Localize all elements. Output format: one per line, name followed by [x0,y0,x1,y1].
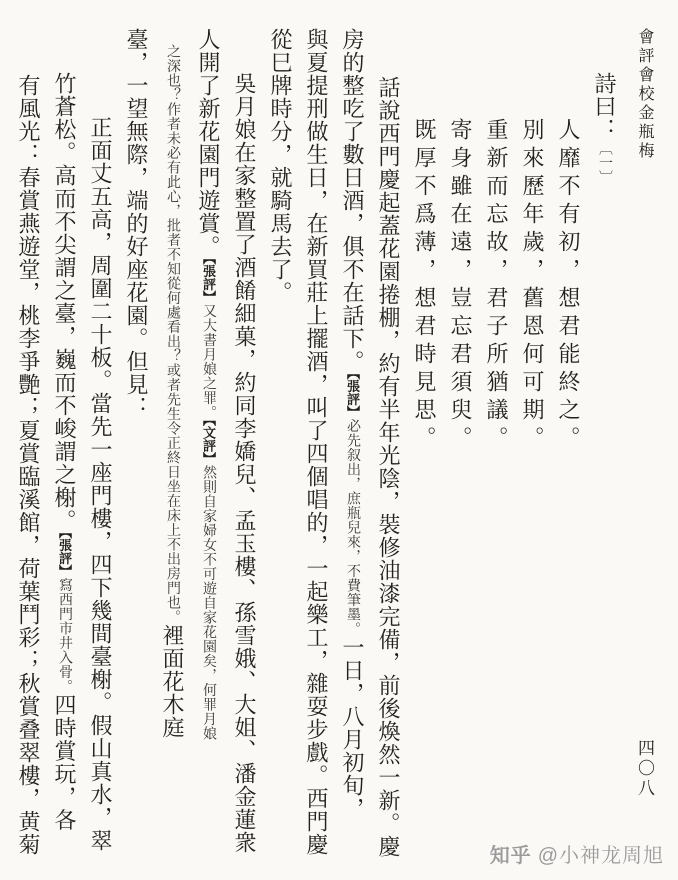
text-column-prose-col-5: 吳月娘在家整置了酒餚細菓，約同李嬌兒、孟玉樓、孫雪娥、大姐、潘金蓮衆 [226,28,262,880]
text-column-poem-line-4: 寄身雖在遠，豈忘君須臾。 [442,28,478,880]
commentary-marker: 【張評】 [201,258,216,304]
body-text: 一日，八月初旬， [340,636,365,820]
body-text: 臺，一望無際，端的好座花園。但見： [124,28,149,419]
body-text: 裡面花木庭 [160,624,185,739]
body-text: 寄身雖在遠，豈忘君須臾。 [448,118,473,454]
body-text: 既厚不爲薄，想君時見思。 [412,118,437,454]
commentary-text: 〔一〕 [597,141,612,185]
body-text: 話說西門慶起蓋花園捲棚，約有半年光陰，裝修油漆完備，前後煥然一新。慶 [376,76,401,858]
commentary-text: 寫西門市井入骨。 [57,578,72,694]
book-page: 會評會校金瓶梅四〇八 詩曰：〔一〕人靡不有初，想君能終之。別來歷年歲，舊恩何可期… [0,0,678,880]
body-text: 與夏提刑做生日，在新買莊上擺酒，叫了四個唱的，一起樂工，雜耍步戲。西門慶 [304,28,329,856]
text-column-prose-col-1: 話說西門慶起蓋花園捲棚，約有半年光陰，裝修油漆完備，前後煥然一新。慶 [370,28,406,880]
body-text: 詩曰： [592,72,617,141]
body-text: 從巳牌時分，就騎馬去了。 [268,28,293,304]
body-text: 四時賞玩，各 [52,694,77,832]
folio-number: 四〇八 [635,739,654,799]
commentary-text: 又大書月娘之罪。 [201,304,216,420]
text-column-verse-col-3: 有風光：春賞燕遊堂，桃李爭艷；夏賞臨溪館，荷葉鬥彩；秋賞叠翠樓，黄菊 [10,28,46,880]
commentary-text: 必先叙出，庶瓶兒來，不費筆墨。 [345,419,360,637]
body-text: 竹蒼松。高而不尖謂之臺，巍而不峻謂之榭。 [52,72,77,532]
text-column-prose-col-6: 人開了新花園門遊賞。【張評】又大書月娘之罪。【文評】然則自家婦女不可遊自家花園矣… [190,28,226,880]
body-text: 人靡不有初，想君能終之。 [556,118,581,454]
watermark-handle: @小神龙周旭 [538,845,664,867]
body-text: 有風光：春賞燕遊堂，桃李爭艷；夏賞臨溪館，荷葉鬥彩；秋賞叠翠樓，黄菊 [16,74,41,856]
text-column-verse-col-2: 竹蒼松。高而不尖謂之臺，巍而不峻謂之榭。【張評】寫西門市井入骨。四時賞玩，各 [46,28,82,880]
commentary-marker: 【張評】 [57,532,72,578]
body-text: 重新而忘故，君子所猶議。 [484,118,509,454]
text-column-poem-line-2: 別來歷年歲，舊恩何可期。 [514,28,550,880]
body-text: 正面丈五高，周圍二十板。當先一座門樓，四下幾間臺榭。假山真水，翠 [88,116,113,852]
zhihu-logo: 知乎 [490,845,532,867]
text-column-shi-yue-heading: 詩曰：〔一〕 [586,28,622,880]
body-text: 房的整吃了數日酒，俱不在話下。 [340,28,365,373]
commentary-marker: 【張評】 [345,373,360,419]
body-text: 別來歷年歲，舊恩何可期。 [520,118,545,454]
commentary-text: 之深也？作者未必有此心，批者不知從何處看出？或者先生令正終日坐在床上不出房門也。 [165,44,180,624]
text-column-poem-line-5: 既厚不爲薄，想君時見思。 [406,28,442,880]
text-column-poem-line-1: 人靡不有初，想君能終之。 [550,28,586,880]
commentary-text: 然則自家婦女不可遊自家花園矣，何罪月娘 [201,465,216,741]
text-column-prose-col-2: 房的整吃了數日酒，俱不在話下。【張評】必先叙出，庶瓶兒來，不費筆墨。一日，八月初… [334,28,370,880]
page-text: 會評會校金瓶梅四〇八 詩曰：〔一〕人靡不有初，想君能終之。別來歷年歲，舊恩何可期… [0,0,678,880]
running-title: 會評會校金瓶梅 [636,28,653,161]
margin-spacer [644,161,645,739]
text-column-prose-col-7: 之深也？作者未必有此心，批者不知從何處看出？或者先生令正終日坐在床上不出房門也。… [154,28,190,880]
body-text: 人開了新花園門遊賞。 [196,28,221,258]
body-text: 吳月娘在家整置了酒餚細菓，約同李嬌兒、孟玉樓、孫雪娥、大姐、潘金蓮衆 [232,72,257,854]
watermark: 知乎@小神龙周旭 [490,839,664,868]
text-column-poem-line-3: 重新而忘故，君子所猶議。 [478,28,514,880]
running-title-column: 會評會校金瓶梅四〇八 [622,28,666,880]
text-column-prose-col-4: 從巳牌時分，就騎馬去了。 [262,28,298,880]
text-column-prose-col-8: 臺，一望無際，端的好座花園。但見： [118,28,154,880]
text-column-verse-col-1: 正面丈五高，周圍二十板。當先一座門樓，四下幾間臺榭。假山真水，翠 [82,28,118,880]
text-column-prose-col-3: 與夏提刑做生日，在新買莊上擺酒，叫了四個唱的，一起樂工，雜耍步戲。西門慶 [298,28,334,880]
commentary-marker: 【文評】 [201,420,216,466]
